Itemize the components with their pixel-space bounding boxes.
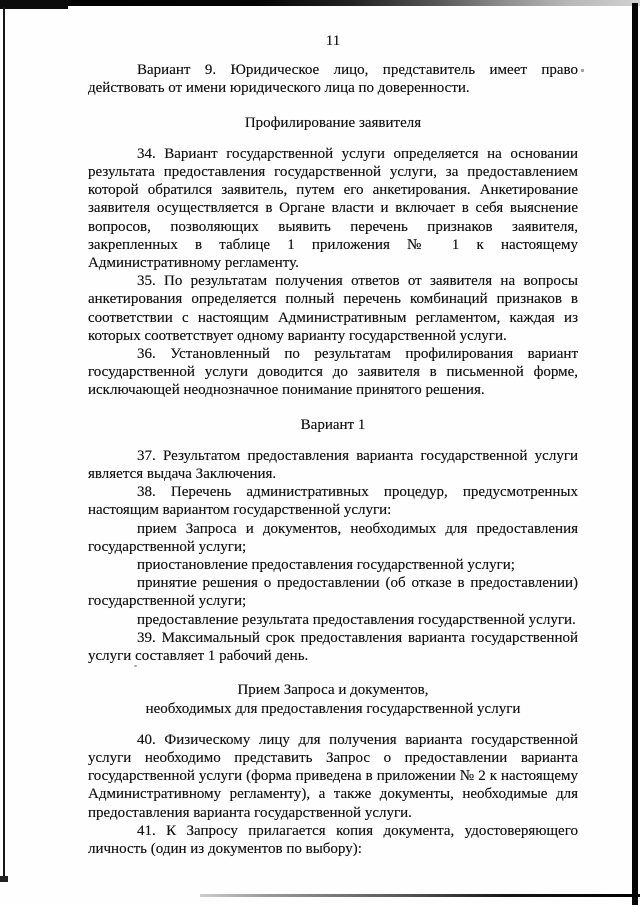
scan-artifact-bottom-edge: [200, 894, 640, 897]
heading-profiling: Профилирование заявителя: [88, 114, 578, 132]
list-item-result: предоставление результата предоставления…: [88, 611, 578, 629]
paragraph-36: 36. Установленный по результатам профили…: [88, 345, 578, 400]
heading-request-reception-line-1: Прием Запроса и документов,: [88, 681, 578, 699]
heading-variant-1: Вариант 1: [88, 416, 578, 434]
paragraph-34: 34. Вариант государственной услуги опред…: [88, 145, 578, 272]
paragraph-40: 40. Физическому лицу для получения вариа…: [88, 731, 578, 822]
paragraph-35: 35. По результатам получения ответов от …: [88, 272, 578, 345]
scan-artifact-right-edge: [632, 3, 638, 905]
list-item-reception: прием Запроса и документов, необходимых …: [88, 520, 578, 556]
scan-speck: [581, 69, 584, 72]
document-page: 11 Вариант 9. Юридическое лицо, представ…: [0, 0, 640, 905]
heading-request-reception-line-2: необходимых для предоставления государст…: [88, 700, 578, 718]
paragraph-37: 37. Результатом предоставления варианта …: [88, 447, 578, 483]
list-item-suspension: приостановление предоставления государст…: [88, 556, 578, 574]
scan-artifact-left-edge: [3, 7, 5, 882]
scan-artifact-top-left-blob: [0, 0, 68, 9]
scan-artifact-bottom-left-tick: [0, 876, 8, 882]
list-item-decision: принятие решения о предоставлении (об от…: [88, 574, 578, 610]
paragraph-41: 41. К Запросу прилагается копия документ…: [88, 822, 578, 858]
document-text-column: 11 Вариант 9. Юридическое лицо, представ…: [88, 0, 578, 858]
page-number: 11: [88, 32, 578, 50]
heading-request-reception: Прием Запроса и документов, необходимых …: [88, 681, 578, 717]
paragraph-38: 38. Перечень административных процедур, …: [88, 483, 578, 519]
paragraph-variant-9: Вариант 9. Юридическое лицо, представите…: [88, 61, 578, 97]
paragraph-39: 39. Максимальный срок предоставления вар…: [88, 629, 578, 665]
